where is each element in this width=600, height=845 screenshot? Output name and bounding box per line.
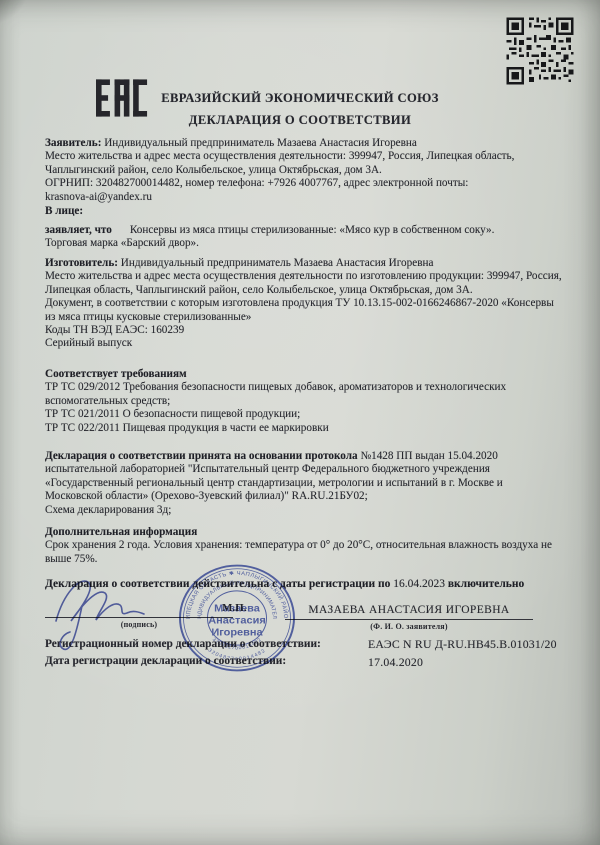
basis-section: Декларация о соответствии принята на осн…: [45, 450, 503, 517]
applicant-section: Заявитель: Индивидуальный предпринимател…: [45, 137, 514, 204]
requirement-line: вспомогательных средств;: [45, 395, 506, 408]
stamp-center-name-1: Мазаева: [214, 603, 260, 614]
validity-suffix: включительно: [448, 578, 524, 590]
fio-sublabel: (Ф. И. О. заявителя): [285, 622, 533, 631]
applicant-address-line: Чаплыгинский район, село Колыбельское, у…: [45, 164, 514, 177]
manufacturer-line: из мяса птицы кусковые стерилизованные»: [45, 311, 562, 324]
storage-line: выше 75%.: [45, 553, 552, 566]
protocol-number: №1428 ПП выдан 15.04.2020: [360, 450, 497, 462]
manufacturer-line: Место жительства и адрес места осуществл…: [45, 270, 562, 283]
additional-info-label: Дополнительная информация: [45, 526, 197, 538]
applicant-address-line: Место жительства и адрес места осуществл…: [45, 150, 514, 163]
requirement-line: ТР ТС 021/2011 О безопасности пищевой пр…: [45, 408, 506, 421]
trademark-line: Торговая марка «Барский двор».: [45, 237, 494, 250]
serial-issue-line: Серийный выпуск: [45, 337, 562, 350]
tnved-codes-line: Коды ТН ВЭД ЕАЭС: 160239: [45, 324, 562, 337]
manufacturer-label: Изготовитель:: [45, 257, 118, 269]
in-person-section: В лице:: [45, 205, 83, 218]
document-title: ДЕКЛАРАЦИЯ О СООТВЕТСТВИИ: [0, 113, 600, 128]
fio-line: [285, 619, 533, 620]
declares-label: заявляет, что: [45, 224, 112, 236]
applicant-name: Индивидуальный предприниматель Мазаева А…: [104, 137, 417, 149]
manufacturer-line: Документ, в соответствии с которым изгот…: [45, 297, 562, 310]
declaration-scheme-line: Схема декларирования 3д;: [45, 504, 503, 517]
declares-section: заявляет, чтоКонсервы из мяса птицы стер…: [45, 224, 494, 251]
applicant-email: krasnova-ai@yandex.ru: [45, 191, 514, 204]
requirement-line: ТР ТС 022/2011 Пищевая продукция в части…: [45, 422, 506, 435]
additional-info-section: Дополнительная информация Срок хранения …: [45, 526, 552, 566]
registration-date-value: 17.04.2020: [368, 655, 423, 670]
product-name: Консервы из мяса птицы стерилизованные: …: [130, 224, 495, 236]
stamp-center-name-2: Анастасия: [208, 615, 266, 626]
basis-label: Декларация о соответствии принята на осн…: [45, 450, 358, 462]
registration-number-value: ЕАЭС N RU Д-RU.НВ45.В.01031/20: [368, 637, 557, 652]
manufacturer-section: Изготовитель: Индивидуальный предпринима…: [45, 257, 562, 351]
requirements-label: Соответствует требованиям: [45, 368, 187, 380]
requirement-line: ТР ТС 029/2012 Требования безопасности п…: [45, 381, 506, 394]
stamp-center-name-3: Игоревна: [211, 627, 262, 638]
basis-line: «Государственный региональный центр стан…: [45, 477, 503, 490]
union-heading: ЕВРАЗИЙСКИЙ ЭКОНОМИЧЕСКИЙ СОЮЗ: [0, 91, 600, 106]
in-person-label: В лице:: [45, 205, 83, 217]
declaration-document-photo: ЕВРАЗИЙСКИЙ ЭКОНОМИЧЕСКИЙ СОЮЗ ДЕКЛАРАЦИ…: [0, 0, 600, 845]
requirements-section: Соответствует требованиям ТР ТС 029/2012…: [45, 368, 506, 435]
applicant-ogrnip-line: ОГРНИП: 320482700014482, номер телефона:…: [45, 177, 514, 190]
applicant-fio: МАЗАЕВА АНАСТАСИЯ ИГОРЕВНА: [285, 604, 533, 616]
manufacturer-name: Индивидуальный предприниматель Мазаева А…: [121, 257, 434, 269]
validity-date: 16.04.2023: [393, 578, 445, 590]
handwritten-signature: [40, 576, 190, 671]
manufacturer-line: Липецкая область, Чаплыгинский район, се…: [45, 284, 562, 297]
qr-code: [504, 15, 576, 87]
basis-line: Московской области» (Орехово-Зуевский фи…: [45, 490, 503, 503]
storage-line: Срок хранения 2 года. Условия хранения: …: [45, 539, 552, 552]
basis-line: испытательной лабораторией "Испытательны…: [45, 463, 503, 476]
round-stamp: ЛИПЕЦКАЯ ОБЛАСТЬ ✱ ЧАПЛЫГИНСКИЙ РАЙОН ИН…: [177, 563, 297, 673]
applicant-label: Заявитель:: [45, 137, 101, 149]
